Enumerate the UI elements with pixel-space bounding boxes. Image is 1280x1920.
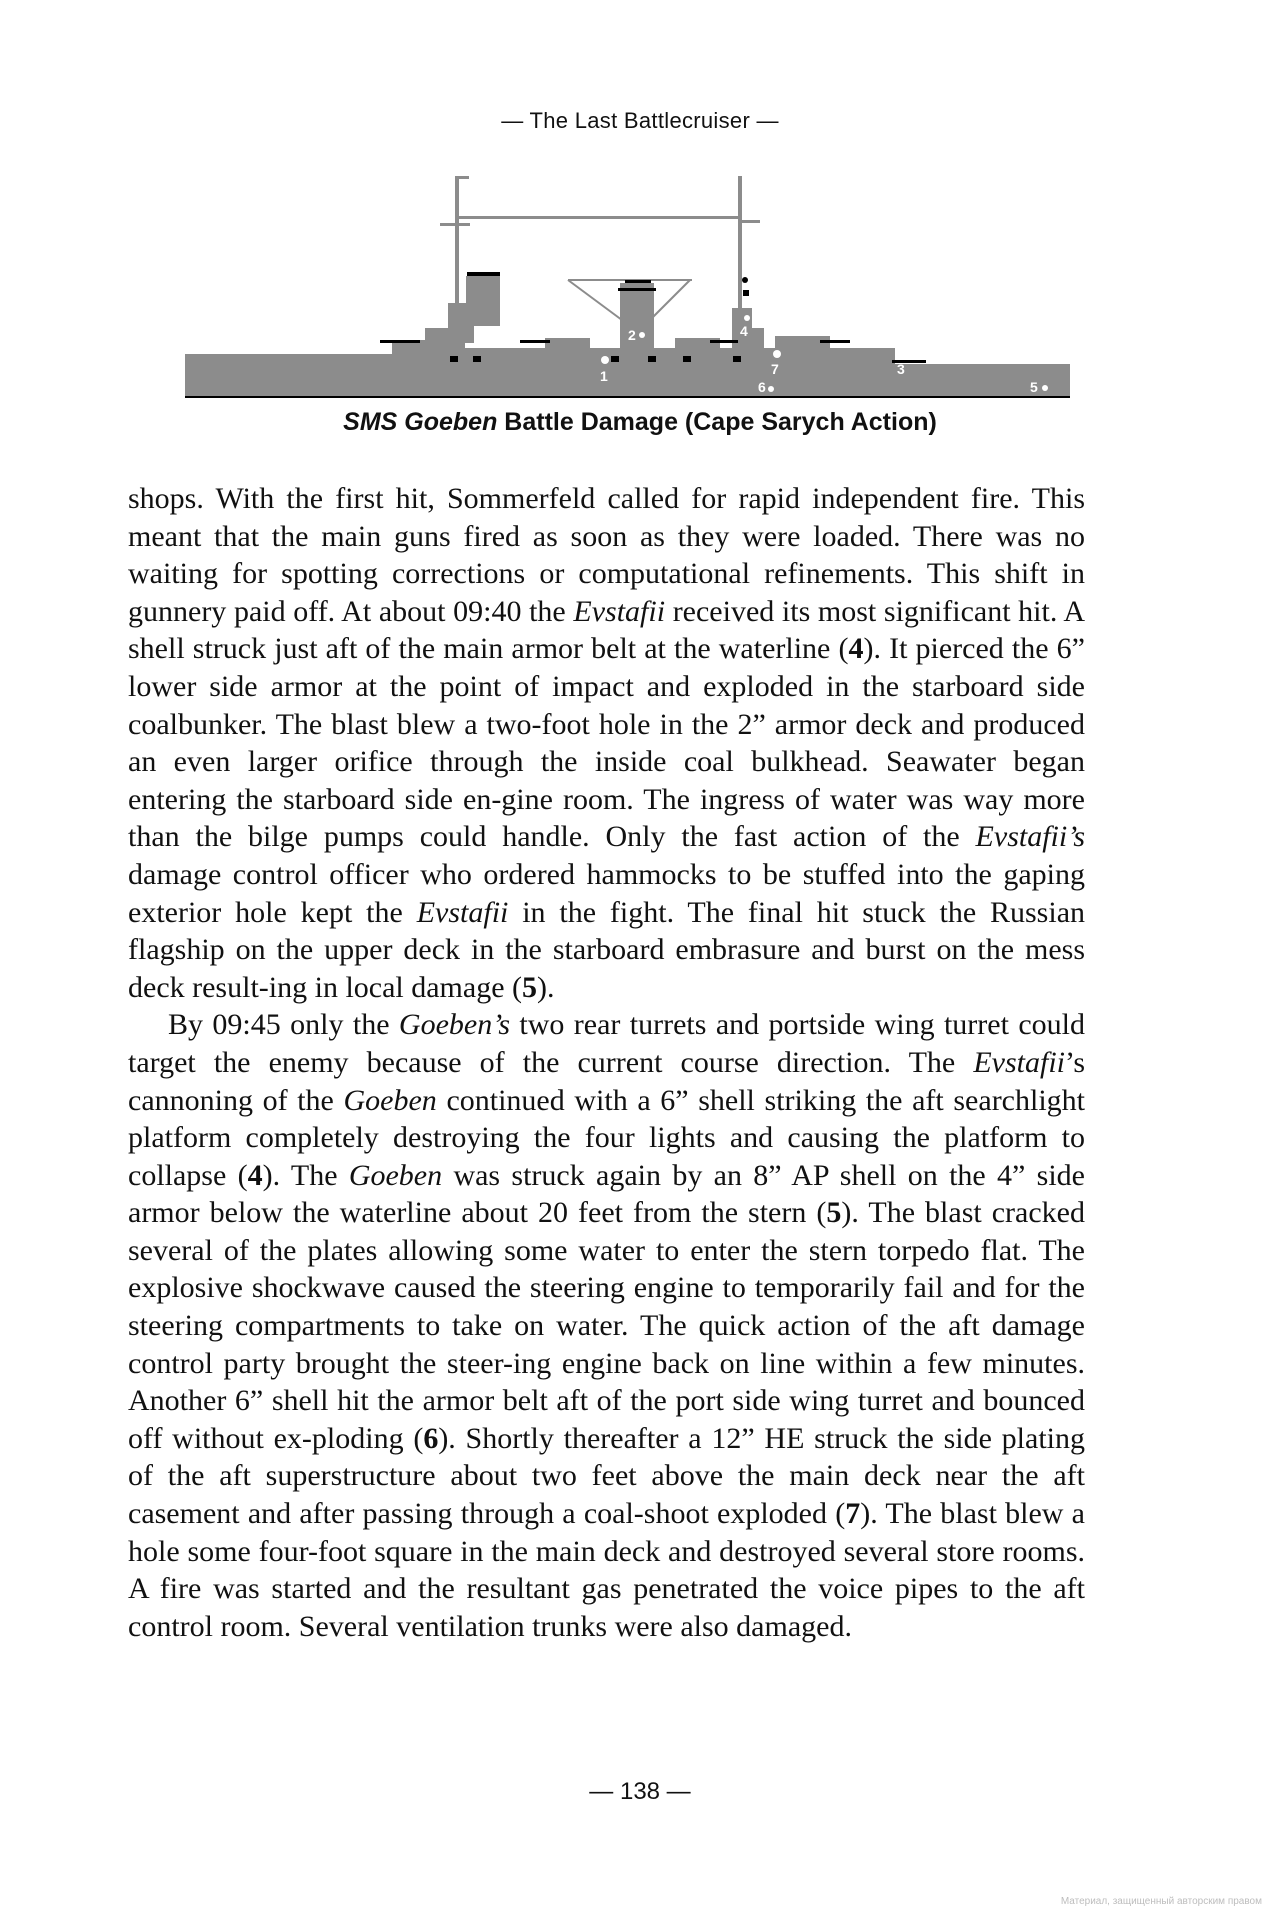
battlecruiser-silhouette-icon: 1 2 3 4 5 6 7 — [170, 168, 1070, 398]
text-run: ). The — [263, 1159, 349, 1192]
svg-text:2: 2 — [628, 327, 636, 343]
text-run: ). The blast cracked several of the plat… — [128, 1196, 1085, 1455]
hit-reference: 6 — [423, 1422, 438, 1455]
caption-text: Battle Damage (Cape Sarych Action) — [497, 408, 936, 436]
body-text: shops. With the first hit, Sommerfeld ca… — [128, 480, 1085, 1645]
svg-text:3: 3 — [897, 361, 905, 377]
italic-term: Goeben’s — [399, 1008, 510, 1041]
svg-text:6: 6 — [758, 379, 766, 395]
svg-text:7: 7 — [771, 361, 779, 377]
caption-ship-name: SMS Goeben — [343, 408, 497, 436]
italic-term: Evstafii’s — [976, 820, 1085, 853]
italic-term: Goeben — [344, 1084, 437, 1117]
body-paragraph: shops. With the first hit, Sommerfeld ca… — [128, 480, 1085, 1006]
svg-text:5: 5 — [1030, 379, 1038, 395]
running-head: — The Last Battlecruiser — — [0, 108, 1280, 134]
text-run: ). — [537, 971, 555, 1004]
svg-text:1: 1 — [600, 368, 608, 384]
italic-term: Evstafii — [573, 595, 665, 628]
italic-term: Evstafii — [973, 1046, 1065, 1079]
hit-reference: 5 — [826, 1196, 841, 1229]
italic-term: Goeben — [349, 1159, 442, 1192]
hit-reference: 7 — [845, 1497, 860, 1530]
figure-caption: SMS Goeben Battle Damage (Cape Sarych Ac… — [0, 408, 1280, 437]
text-run: By 09:45 only the — [168, 1008, 399, 1041]
copyright-watermark: Материал, защищенный авторским правом — [1061, 1896, 1262, 1907]
text-run: ). It pierced the 6” lower side armor at… — [128, 632, 1085, 853]
svg-text:4: 4 — [740, 323, 748, 339]
hit-reference: 4 — [848, 632, 863, 665]
body-paragraph: By 09:45 only the Goeben’s two rear turr… — [128, 1006, 1085, 1645]
page-number: — 138 — — [0, 1778, 1280, 1806]
ship-profile-figure: 1 2 3 4 5 6 7 — [170, 168, 1070, 398]
italic-term: Evstafii — [417, 896, 509, 929]
hit-reference: 5 — [522, 971, 537, 1004]
hit-reference: 4 — [248, 1159, 263, 1192]
